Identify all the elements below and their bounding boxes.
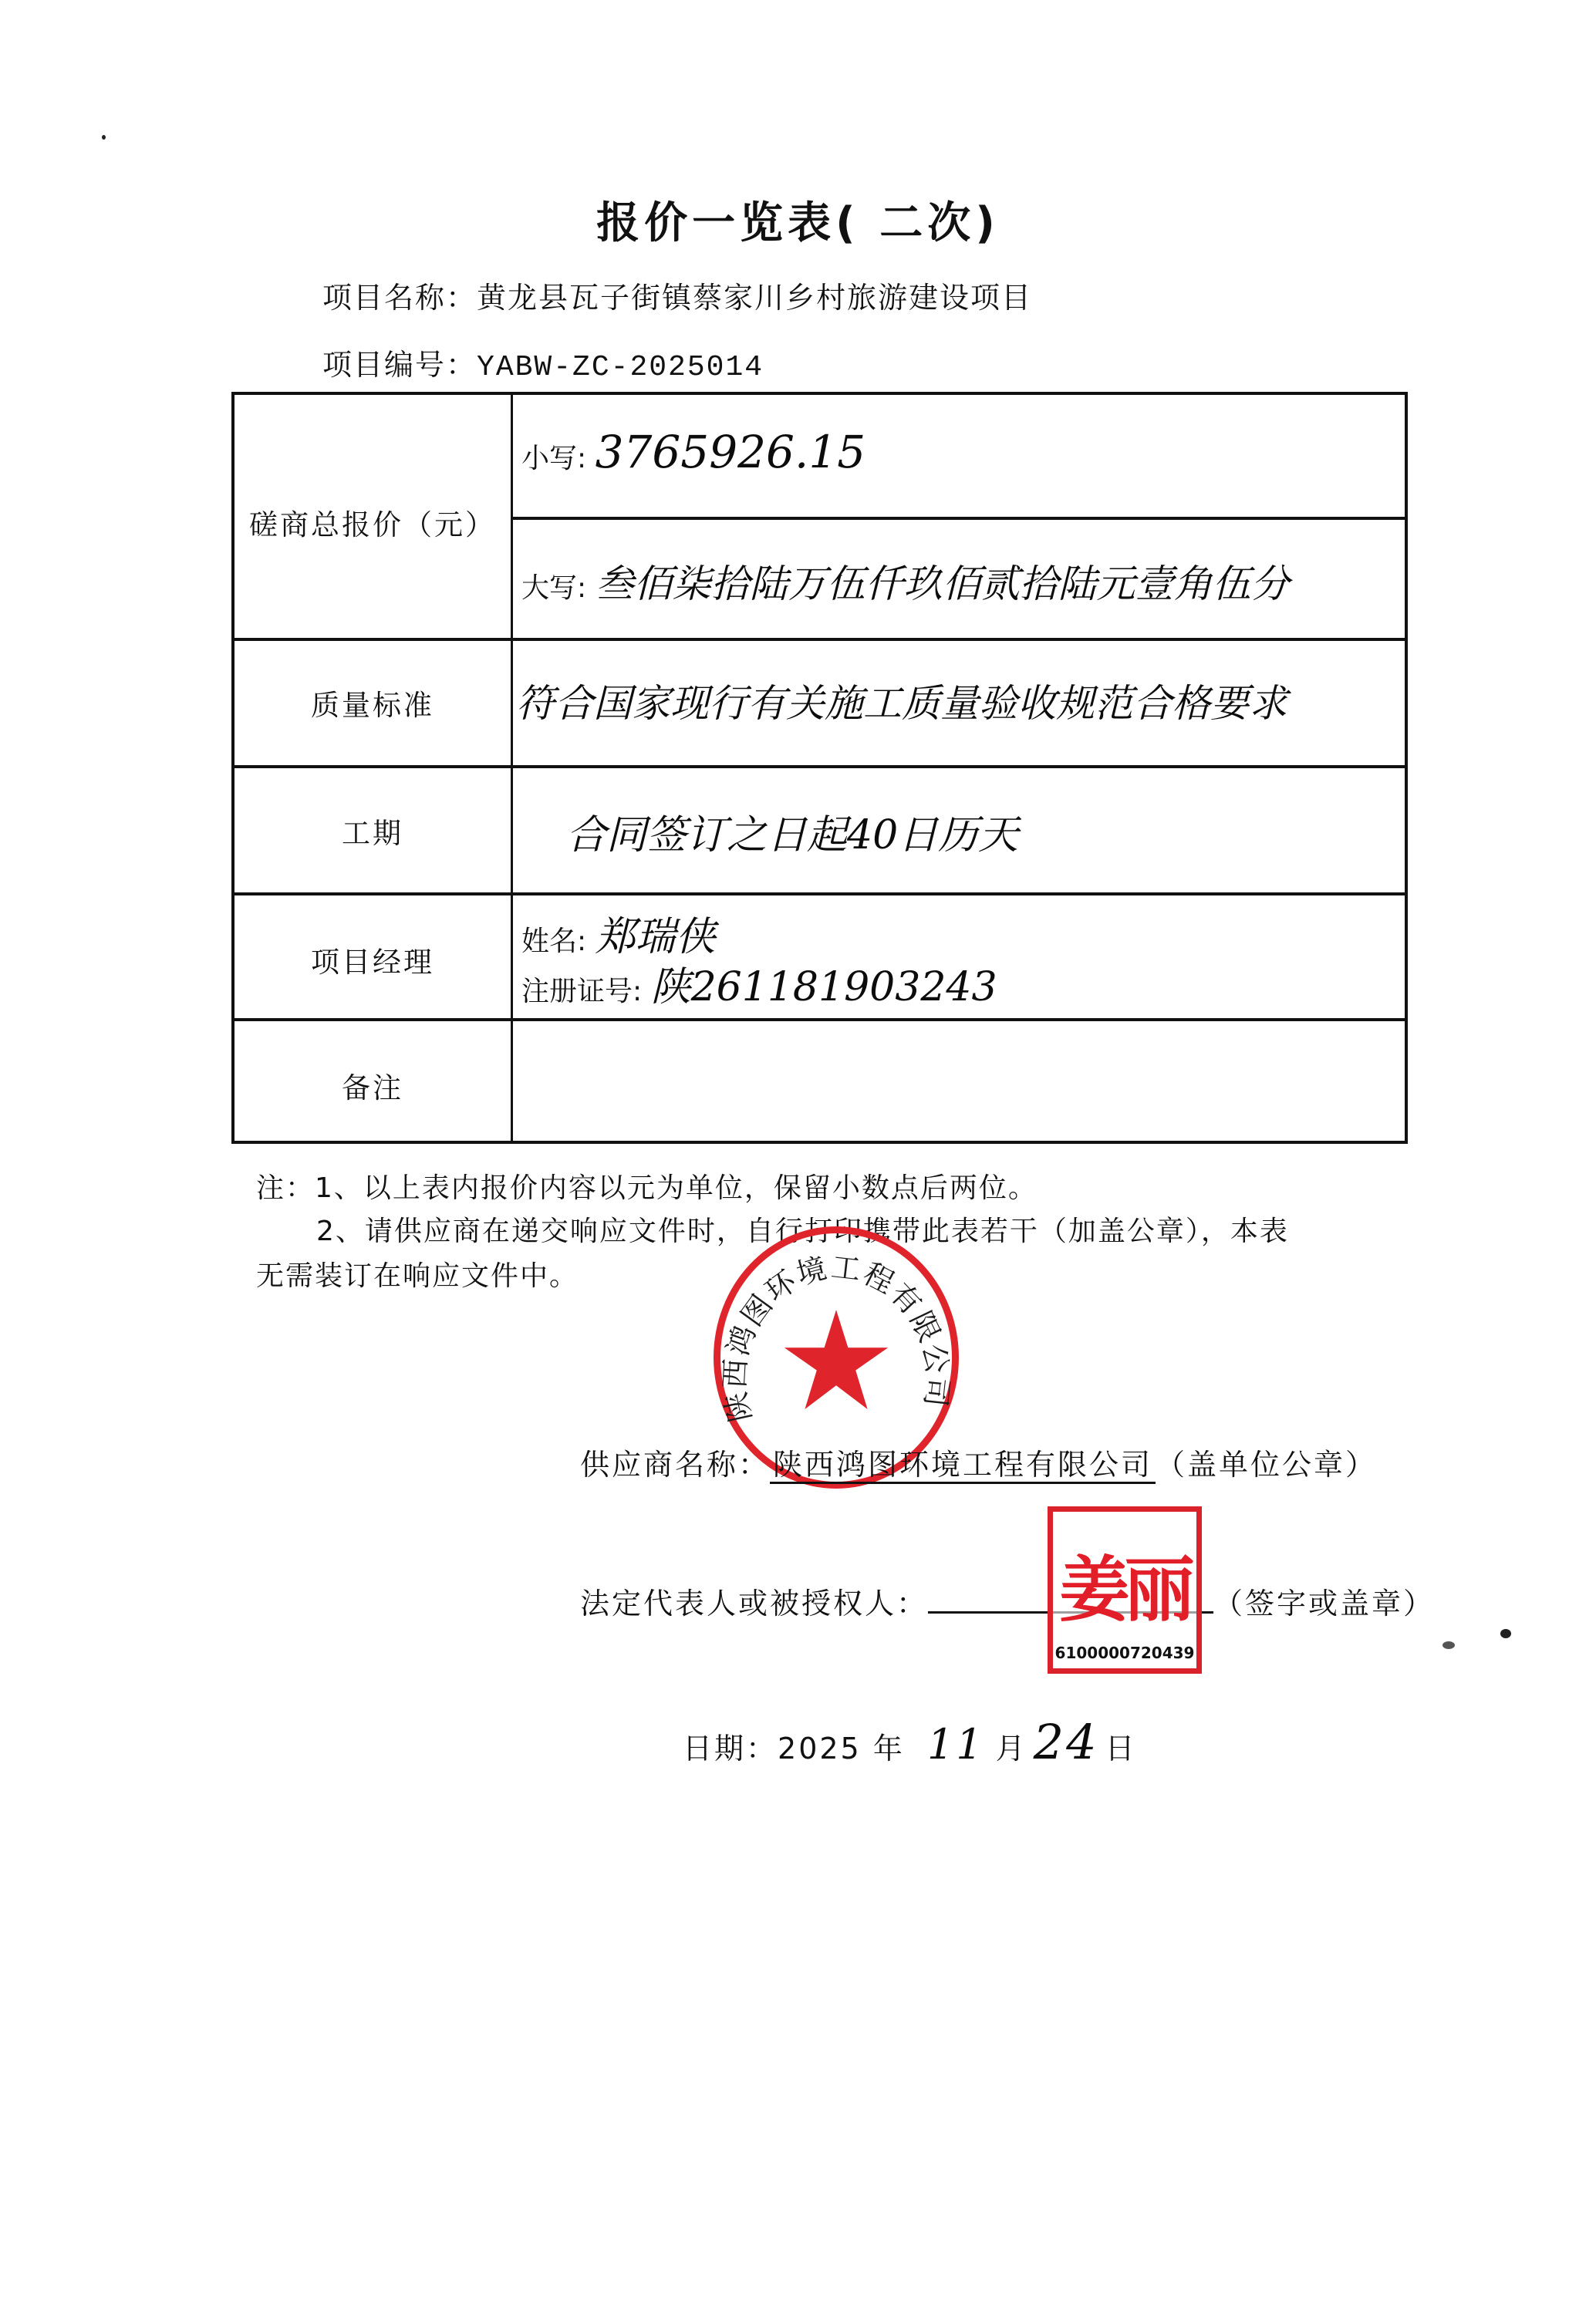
row-divider bbox=[235, 892, 1408, 895]
day-unit: 日 bbox=[1105, 1732, 1137, 1766]
row-divider bbox=[235, 765, 1408, 768]
personal-seal-name: 姜丽 bbox=[1059, 1533, 1189, 1635]
quality-standard-value: 符合国家现行有关施工质量验收规范合格要求 bbox=[516, 673, 1403, 728]
price-uppercase-value: 叁佰柒拾陆万伍仟玖佰贰拾陆元壹角伍分 bbox=[596, 562, 1290, 606]
note-line-3: 无需装订在响应文件中。 bbox=[256, 1254, 579, 1293]
supplier-name: 陕西鸿图环境工程有限公司 bbox=[770, 1448, 1156, 1484]
scan-speck bbox=[102, 135, 106, 140]
label-quality-standard: 质量标准 bbox=[235, 682, 511, 723]
month-unit: 月 bbox=[996, 1732, 1027, 1766]
quality-standard-text: 符合国家现行有关施工质量验收规范合格要求 bbox=[516, 681, 1287, 726]
representative-line: 法定代表人或被授权人：（签字或盖章） bbox=[580, 1580, 1435, 1622]
manager-cert-value: 陕261181903243 bbox=[651, 964, 997, 1010]
project-name-line: 项目名称：黄龙县瓦子街镇蔡家川乡村旅游建设项目 bbox=[322, 274, 1032, 316]
date-label: 日期： bbox=[683, 1732, 778, 1766]
row-divider bbox=[235, 638, 1408, 641]
manager-cert-no: 注册证号: 陕261181903243 bbox=[521, 954, 997, 1012]
label-project-manager: 项目经理 bbox=[235, 939, 511, 980]
date-line: 日期：2025 年 11月24日 bbox=[683, 1714, 1137, 1770]
project-name-label: 项目名称： bbox=[322, 281, 477, 315]
document-title: 报价一览表( 二次) bbox=[0, 189, 1596, 251]
row-divider bbox=[235, 1018, 1408, 1021]
manager-name-label: 姓名: bbox=[521, 926, 586, 957]
manager-cert-label: 注册证号: bbox=[521, 976, 642, 1007]
red-star-icon bbox=[782, 1307, 890, 1415]
date-day: 24 bbox=[1034, 1714, 1099, 1770]
supplier-suffix: （盖单位公章） bbox=[1156, 1448, 1377, 1482]
date-year: 2025 bbox=[778, 1732, 862, 1766]
supplier-label: 供应商名称： bbox=[580, 1448, 770, 1482]
representative-label: 法定代表人或被授权人： bbox=[580, 1587, 928, 1621]
label-total-price: 磋商总报价（元） bbox=[235, 501, 511, 543]
personal-seal: 姜丽 6100000720439 bbox=[1048, 1506, 1202, 1674]
price-lowercase-value: 3765926.15 bbox=[596, 426, 866, 478]
duration-value: 合同签订之日起40日历天 bbox=[566, 802, 1018, 860]
row-divider bbox=[511, 517, 1408, 520]
manager-name-value: 郑瑞侠 bbox=[596, 914, 716, 960]
project-number-value: YABW-ZC-2025014 bbox=[477, 351, 764, 384]
scan-speck bbox=[1442, 1641, 1455, 1649]
manager-name: 姓名: 郑瑞侠 bbox=[521, 904, 716, 962]
price-uppercase: 大写: 叁佰柒拾陆万伍仟玖佰贰拾陆元壹角伍分 bbox=[521, 553, 1401, 609]
supplier-line: 供应商名称：陕西鸿图环境工程有限公司（盖单位公章） bbox=[580, 1441, 1377, 1483]
date-month: 11 bbox=[927, 1720, 985, 1769]
project-number-label: 项目编号： bbox=[322, 348, 477, 382]
project-number-line: 项目编号：YABW-ZC-2025014 bbox=[322, 341, 764, 384]
quote-table: 磋商总报价（元） 小写: 3765926.15 大写: 叁佰柒拾陆万伍仟玖佰贰拾… bbox=[231, 392, 1408, 1144]
price-uppercase-label: 大写: bbox=[521, 572, 586, 604]
project-name-value: 黄龙县瓦子街镇蔡家川乡村旅游建设项目 bbox=[477, 281, 1032, 315]
duration-text: 合同签订之日起40日历天 bbox=[566, 812, 1018, 858]
representative-suffix: （签字或盖章） bbox=[1213, 1587, 1435, 1621]
personal-seal-code: 6100000720439 bbox=[1054, 1644, 1195, 1662]
year-unit: 年 bbox=[873, 1732, 905, 1766]
price-lowercase-label: 小写: bbox=[521, 443, 586, 474]
label-remarks: 备注 bbox=[235, 1064, 511, 1106]
note-line-1: 注：1、以上表内报价内容以元为单位，保留小数点后两位。 bbox=[256, 1166, 1038, 1206]
scan-speck bbox=[1500, 1629, 1511, 1638]
label-duration: 工期 bbox=[235, 810, 511, 852]
price-lowercase: 小写: 3765926.15 bbox=[521, 426, 865, 478]
